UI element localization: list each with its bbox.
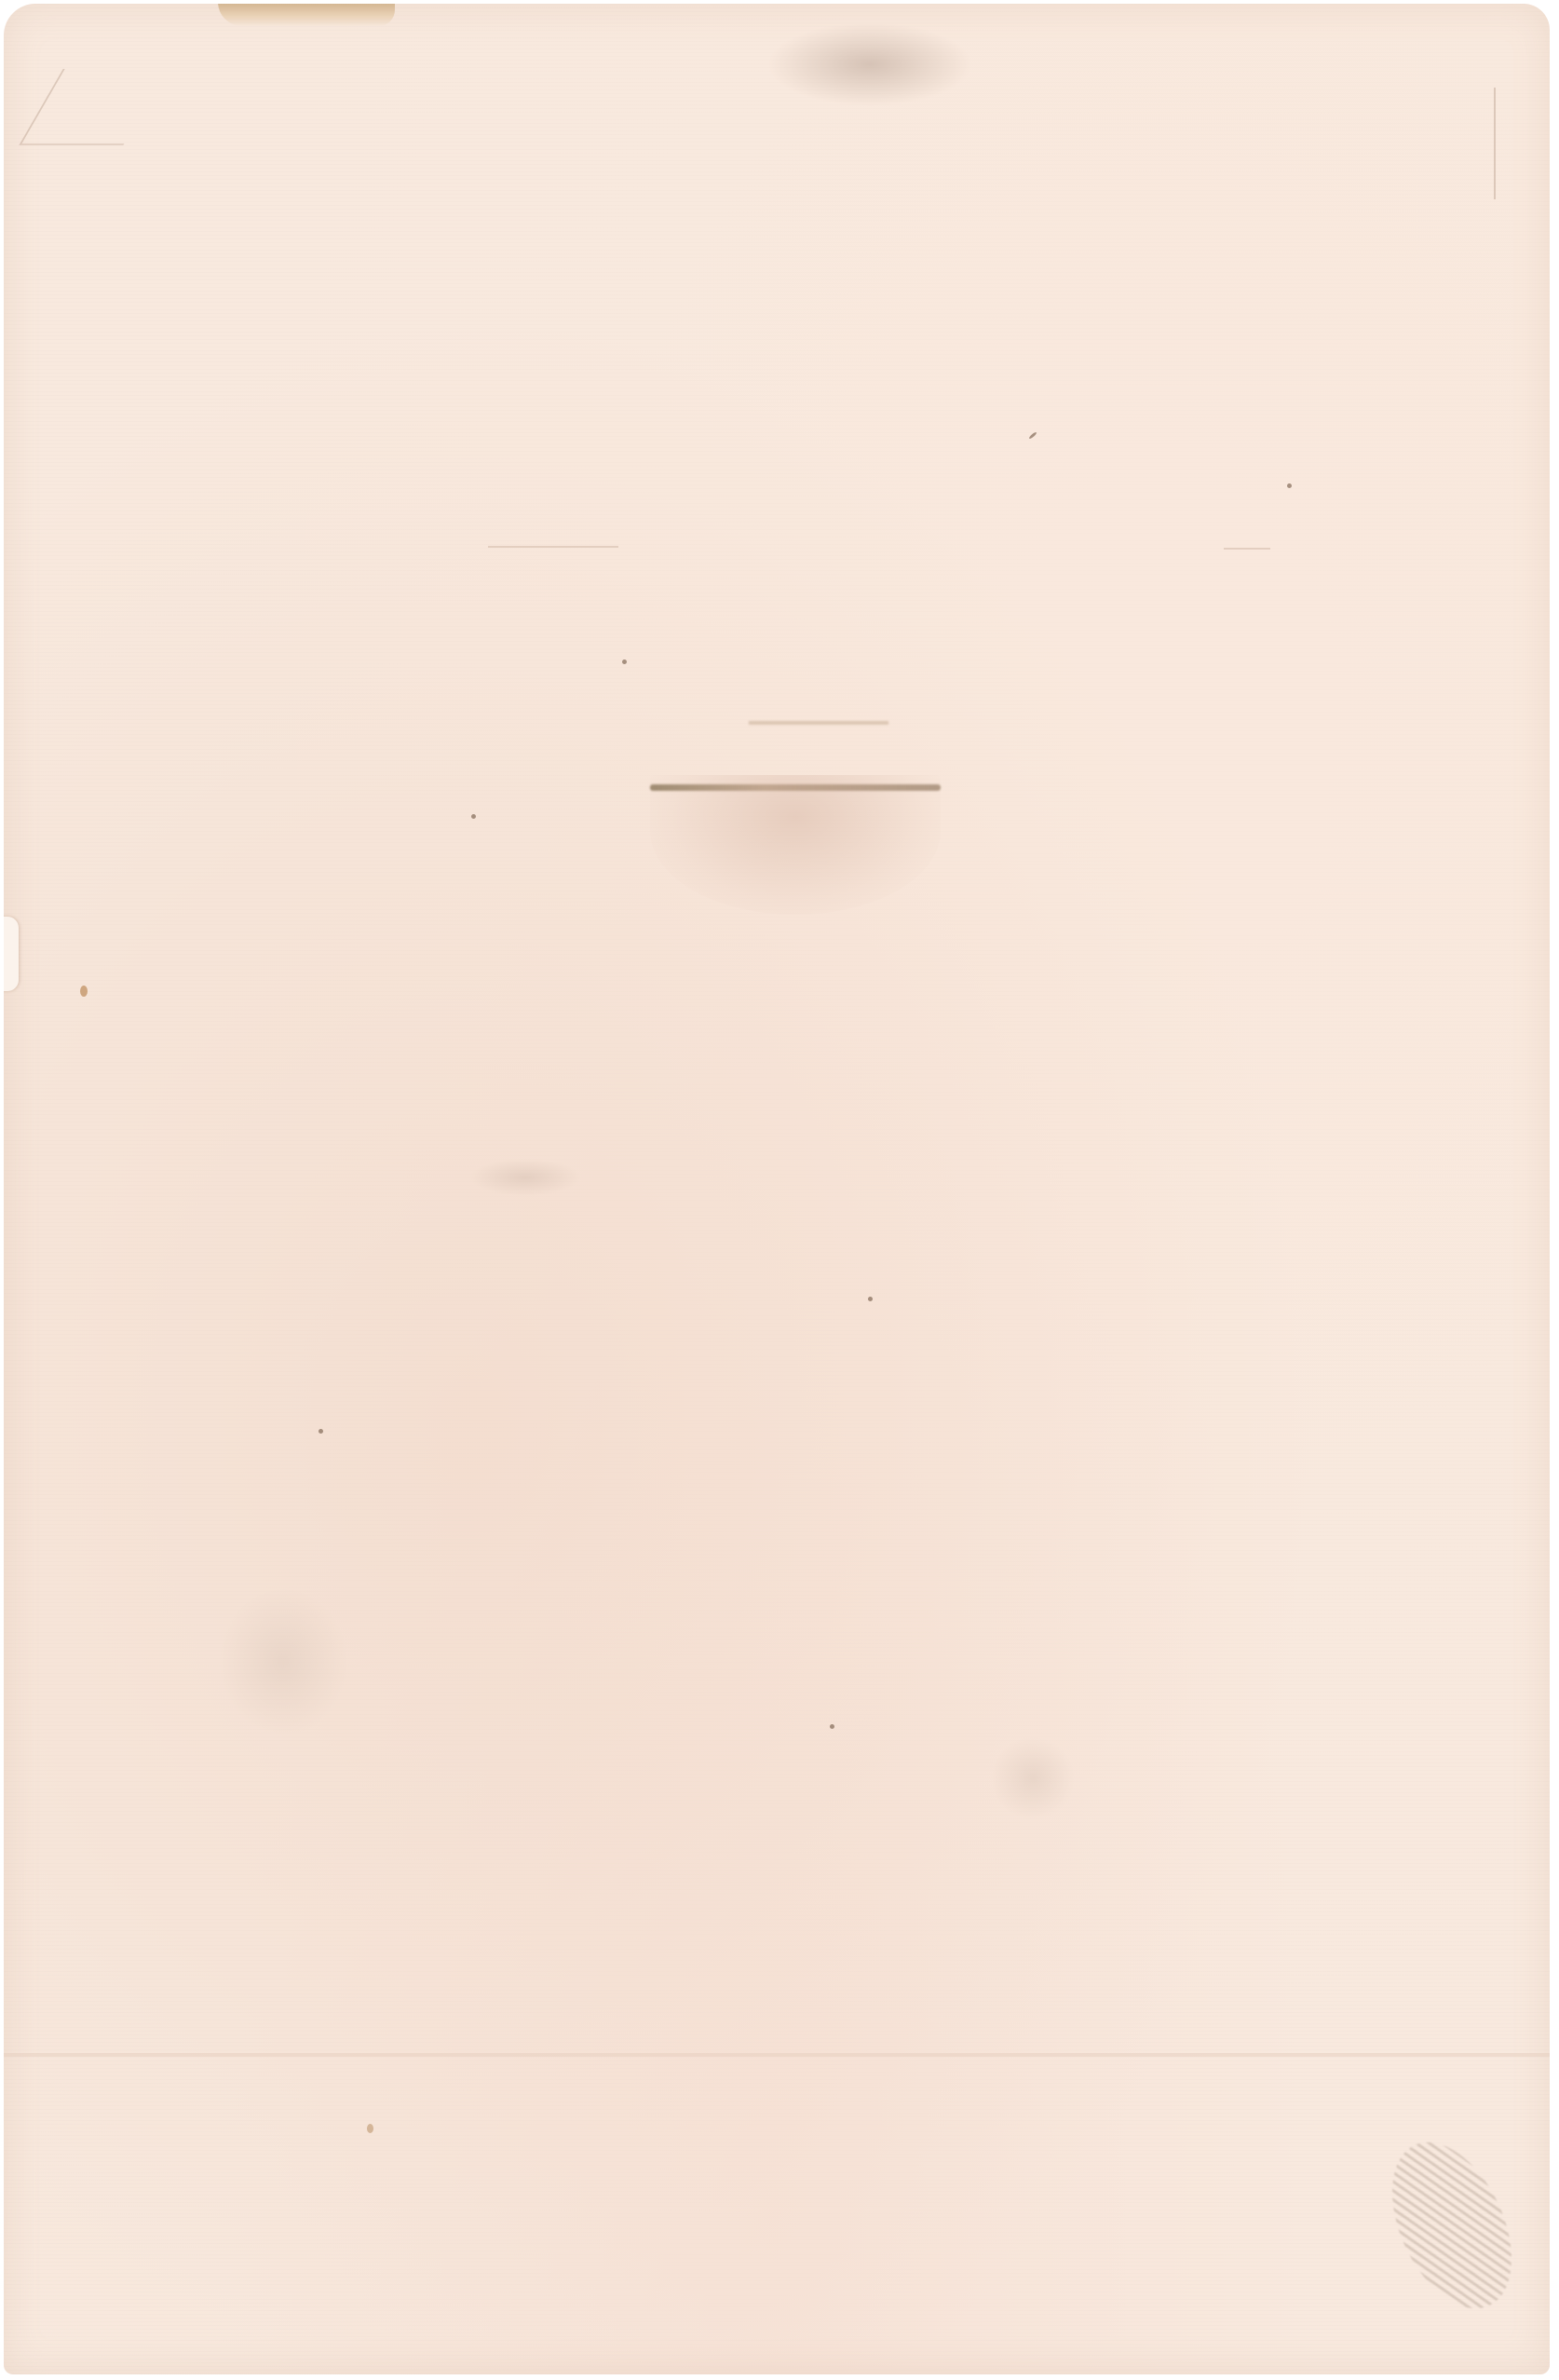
speck [471, 814, 476, 819]
right-edge-crease [1494, 88, 1496, 199]
stain [991, 1736, 1075, 1820]
stain [767, 22, 972, 106]
speck [830, 1724, 834, 1729]
speck [622, 660, 627, 664]
speck [367, 2124, 373, 2133]
left-edge-tear [4, 917, 19, 991]
stamp-ghost [650, 775, 941, 915]
cabinet-card-back: Blank aged cardstock with a faint ghoste… [4, 4, 1550, 2374]
stain [218, 1587, 348, 1736]
stamp-ghost-line [650, 784, 941, 791]
speck [1028, 431, 1037, 440]
fingerprint-smudge [1368, 2124, 1536, 2328]
faint-pencil-mark [19, 69, 167, 145]
faint-guide-line [1224, 548, 1270, 550]
speck [868, 1297, 873, 1301]
stamp-ghost-top [749, 721, 888, 725]
stain [469, 1159, 581, 1196]
image-description: Blank aged cardstock with a faint ghoste… [4, 4, 5, 5]
speck [1287, 483, 1292, 488]
speck [80, 986, 88, 997]
speck [319, 1429, 323, 1434]
faint-guide-line [488, 546, 618, 548]
bottom-tone-band [4, 2053, 1550, 2057]
top-edge-wear [218, 4, 395, 26]
